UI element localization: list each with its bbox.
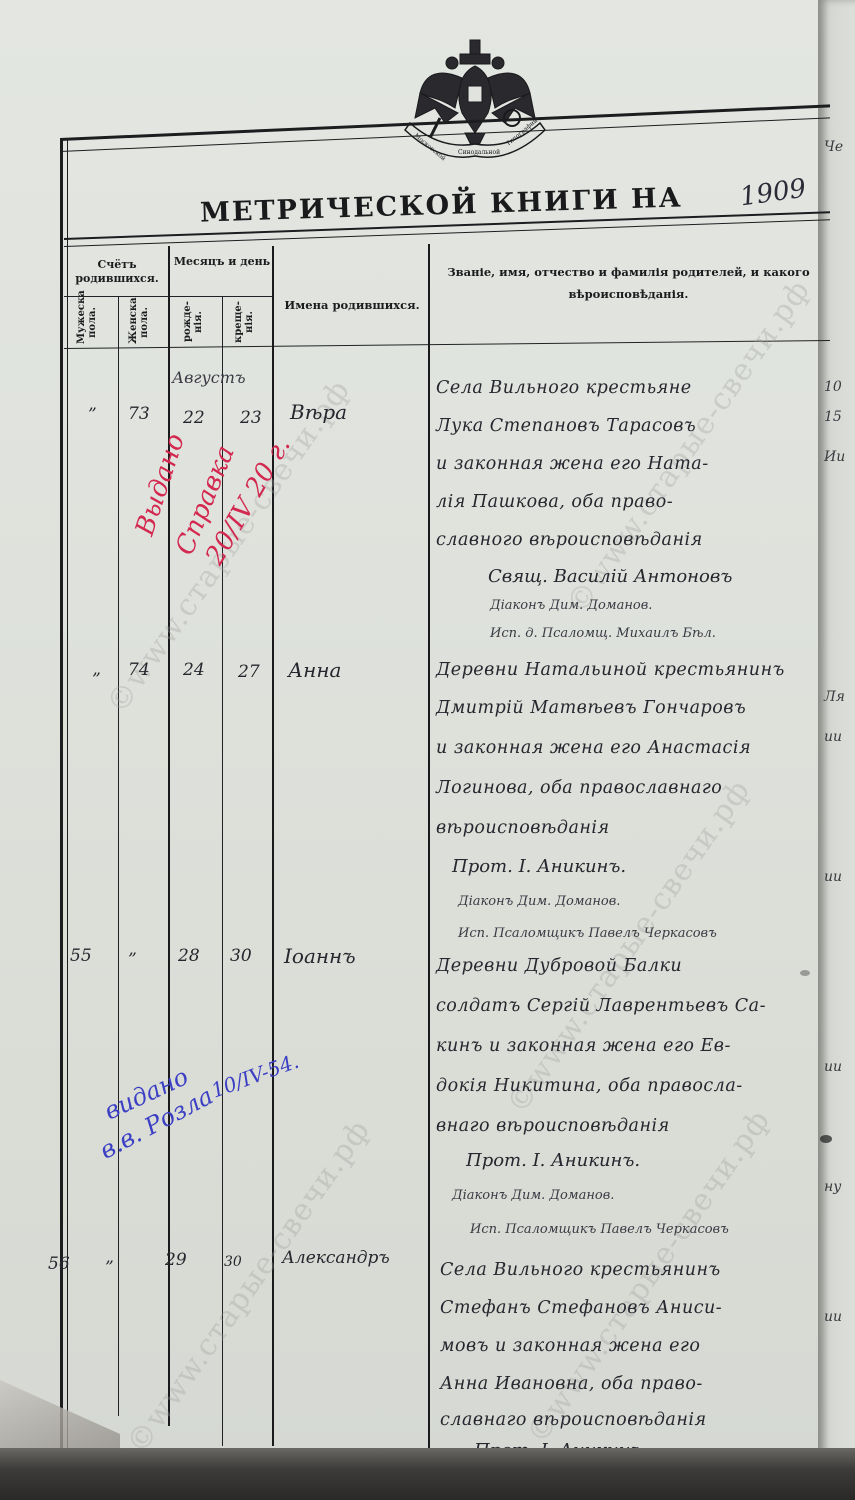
parents-line: солдатъ Сергій Лаврентьевъ Са- [436,996,766,1016]
clergy-signature: Прот. І. Аникинъ. [466,1150,640,1171]
ink-smudge [800,970,810,976]
col-divider-male-female [118,296,119,1416]
header-count-group: Счётъ родившихся. [66,258,168,286]
clergy-signature: Діаконъ Дим. Доманов. [458,894,620,909]
cell-name: Александръ [282,1248,390,1268]
svg-text:Синодальной: Синодальной [458,149,500,156]
parents-line: внаго вѣроисповѣданія [436,1116,670,1136]
parents-line: Деревни Натальиной крестьянинъ [436,660,785,680]
adjacent-page-edge: Че 10 15 Ии Ля ии ии ии ну ии [818,0,855,1500]
parents-line: и законная жена его Анастасія [436,738,751,758]
cell-male: ” [92,670,101,690]
parents-line: Стефанъ Стефановъ Аниси- [440,1298,722,1318]
clergy-signature: Прот. І. Аникинъ. [452,856,626,877]
parents-line: мовъ и законная жена его [440,1336,700,1356]
header-date-baptism: креще-нія. [233,300,263,344]
clergy-signature: Свящ. Василій Антоновъ [488,566,732,587]
cell-birth: 22 [183,408,205,428]
cell-baptism: 27 [238,662,260,682]
parents-line: Исп. Псаломщикъ Павелъ Черкасовъ [458,926,717,941]
cell-name: Іоаннъ [284,944,356,968]
parents-line: Дмитрій Матвѣевъ Гончаровъ [436,698,746,718]
parents-line: лія Пашкова, оба право- [436,492,673,512]
cell-male: 56 [48,1254,70,1274]
clergy-signature: Діаконъ Дим. Доманов. [490,598,652,613]
cell-baptism: 30 [230,946,252,966]
header-count-female: Женска пола. [128,300,158,344]
book-edge [0,1448,855,1500]
header-names: Имена родившихся. [276,298,428,312]
parents-line: Исп. Псаломщикъ Павелъ Черкасовъ [470,1222,729,1237]
parents-line: вѣроисповѣданія [436,818,610,838]
cell-name: Анна [288,658,341,682]
col-divider-count-date [168,246,170,1426]
clergy-signature: Діаконъ Дим. Доманов. [452,1188,614,1203]
month-note: Августъ [172,368,246,387]
cell-male: ” [88,405,97,425]
double-headed-eagle-icon: Московской Синодальной Типографии [400,38,550,178]
cell-male: 55 [70,946,92,966]
cell-name: Вѣра [290,400,347,424]
parents-line: Анна Ивановна, оба право- [440,1374,703,1394]
parents-line: кинъ и законная жена его Ев- [436,1036,731,1056]
header-parents: Званіе, имя, отчество и фамилія родителе… [436,262,821,306]
header-count-male: Мужеска пола. [76,300,106,344]
parents-line: Лука Степановъ Тарасовъ [436,416,696,436]
parents-line: Логинова, оба православнаго [436,778,722,798]
header-date-birth: рожде-нія. [182,300,212,344]
parents-line: славного вѣроисповѣданія [436,530,703,550]
cell-baptism: 30 [224,1254,242,1270]
cell-birth: 28 [178,946,200,966]
cell-baptism: 23 [240,408,262,428]
parents-line: Деревни Дубровой Балки [436,956,682,976]
parents-line: славнаго вѣроисповѣданія [440,1410,707,1430]
ink-smudge [820,1135,832,1143]
col-divider-names-parents [428,244,430,1454]
parents-line: Исп. д. Псаломщ. Михаилъ Бѣл. [490,626,716,641]
header-date-group: Месяцъ и день [172,255,272,269]
cell-female: ” [128,950,137,970]
parents-line: Села Вильного крестьянинъ [440,1260,721,1280]
cell-female: ” [105,1258,114,1278]
cell-female: 74 [128,660,150,680]
cell-birth: 29 [165,1250,187,1270]
parents-line: и законная жена его Ната- [436,454,709,474]
parents-line: Села Вильного крестьяне [436,378,692,398]
cell-female: 73 [128,404,150,424]
cell-birth: 24 [183,660,205,680]
parents-line: докія Никитина, оба правосла- [436,1076,743,1096]
